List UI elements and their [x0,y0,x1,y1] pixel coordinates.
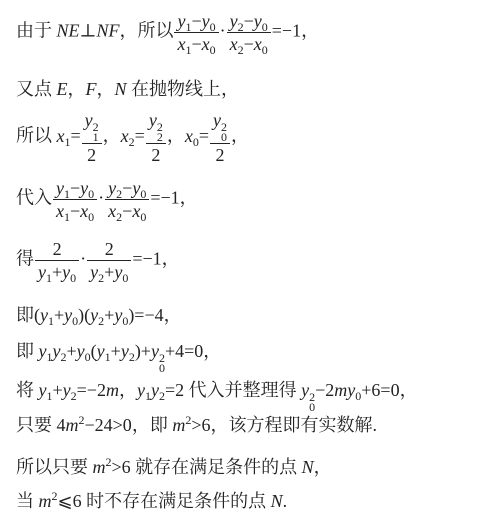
variable-base: x [80,201,88,221]
math-roman: 2 [53,239,62,259]
math-variable: m2 [93,457,112,477]
math-variable: y2 [230,11,244,31]
numerator: 2 [35,239,79,261]
fraction: y2−y0x2−x0 [105,178,149,221]
math-variable: x1 [56,201,70,221]
subscript: 0 [88,210,94,224]
variable-base: x [121,126,129,146]
cjk-text: ， [203,341,221,361]
math-roman: −24>0 [85,415,132,435]
math-roman: − [244,11,254,31]
cjk-text: ， [68,79,86,99]
math-variable: y0 [77,341,91,361]
math-variable: x2 [121,126,135,146]
cjk-text: ， [400,380,418,400]
math-roman: =−2 [77,380,106,400]
math-line-10: 所以只要 m2>6 就存在满足条件的点 N， [16,455,332,479]
numerator: y1−y0 [174,11,218,33]
cjk-text: ， [119,21,137,41]
math-line-3: 所以 x1=y212，x2=y222，x0=y202， [16,110,249,165]
cjk-text: 只要 [16,415,57,435]
math-variable: x2 [230,34,244,54]
cjk-text: 时不存在满足条件的点 [82,491,271,511]
math-roman: + [53,380,63,400]
cjk-text: ， [132,415,150,435]
variable-base: y [63,380,71,400]
variable-base: x [254,34,262,54]
math-roman: · [220,21,226,41]
math-variable: x1 [57,126,71,146]
math-variable: y1 [39,380,53,400]
variable-base: m [93,457,106,477]
math-roman: >6 [112,457,131,477]
math-variable: x2 [108,201,122,221]
fraction: y2−y0x2−x0 [227,11,271,54]
subscript: 0 [140,210,146,224]
cjk-text: 代入 [16,188,52,208]
math-italic: NE [57,21,80,41]
math-roman: 2 [215,145,224,165]
math-variable: y2 [90,262,104,282]
math-italic: N [271,491,283,511]
math-roman: + [67,341,77,361]
math-roman: =2 [165,380,184,400]
math-roman: +4=0 [165,341,203,361]
math-italic: E [57,79,68,99]
cjk-text: 得 [16,249,34,269]
math-variable: y0 [132,178,146,198]
math-variable: y20 [213,110,227,130]
variable-base: x [230,34,238,54]
subsup-stack: 20 [221,122,227,142]
variable-base: y [77,341,85,361]
math-roman: )+ [135,341,151,361]
math-line-9: 只要 4m2−24>0，即 m2>6，该方程即有实数解. [16,413,377,437]
math-variable: y20 [151,341,165,361]
math-roman: 2 [87,145,96,165]
math-italic: F [86,79,97,99]
numerator: y1−y0 [53,178,97,200]
math-roman: )=−4 [128,305,163,325]
cjk-text: ， [231,126,249,146]
math-roman: · [80,249,86,269]
math-roman: = [135,126,145,146]
math-roman: · [98,188,104,208]
cjk-text: 在抛物线上， [127,79,240,99]
variable-base: y [213,110,221,130]
math-italic: m [334,380,347,400]
math-variable: y2 [151,380,165,400]
math-roman: + [54,305,64,325]
subscript: 0 [262,43,268,57]
math-roman: − [191,34,201,54]
cjk-text: ， [103,126,121,146]
math-variable: x0 [185,126,199,146]
math-roman: 4 [57,415,66,435]
math-line-2: 又点 E，F，N 在抛物线上， [16,77,239,101]
variable-base: y [39,341,47,361]
math-variable: y1 [40,305,54,325]
math-variable: x0 [132,201,146,221]
variable-base: x [108,201,116,221]
math-variable: y0 [254,11,268,31]
math-variable: y2 [121,341,135,361]
math-variable: y0 [114,262,128,282]
numerator: y21 [82,110,102,144]
variable-base: y [151,380,159,400]
variable-base: x [57,126,65,146]
variable-base: y [230,11,238,31]
math-roman: . [372,415,377,435]
math-roman: =−1 [132,249,161,269]
fraction: y1−y0x1−x0 [53,178,97,221]
cjk-text: 所以 [137,21,173,41]
variable-base: m [172,415,185,435]
math-roman: + [52,262,62,282]
subscript: 0 [309,402,315,412]
variable-base: x [56,201,64,221]
math-roman: − [244,34,254,54]
cjk-text: 代入并整理得 [184,380,301,400]
subscript: 1 [93,132,99,142]
denominator: 2 [146,144,166,165]
math-variable: y1 [38,262,52,282]
math-variable: m2 [39,491,58,511]
variable-base: y [137,380,145,400]
variable-base: x [202,34,210,54]
cjk-text: 由于 [16,21,57,41]
math-line-7: 即 y1y2+y0(y1+y2)+y20+4=0， [16,339,221,373]
math-variable: m2 [172,415,191,435]
variable-base: y [40,305,48,325]
math-roman: )( [78,305,90,325]
subscript: 0 [262,20,268,34]
cjk-text: 就存在满足条件的点 [131,457,302,477]
variable-base: y [254,11,262,31]
subscript: 0 [88,187,94,201]
variable-base: y [38,262,46,282]
cjk-text: 又点 [16,79,57,99]
math-line-11: 当 m2⩽6 时不存在满足条件的点 N. [16,489,287,513]
cjk-text: ， [97,79,115,99]
cjk-text: 所以 [16,126,57,146]
math-roman: 2 [151,145,160,165]
cjk-text: ， [210,415,228,435]
variable-base: y [62,262,70,282]
cjk-text: 即 [16,341,39,361]
subscript: 2 [157,132,163,142]
math-variable: y2 [90,305,104,325]
math-line-4: 代入y1−y0x1−x0·y2−y0x2−x0=−1， [16,178,198,221]
variable-base: y [56,178,64,198]
cjk-text: 即 [150,415,173,435]
subscript: 0 [70,271,76,285]
subscript: 0 [210,43,216,57]
math-roman: = [199,126,209,146]
fraction: 2y1+y0 [35,239,79,282]
variable-base: y [90,262,98,282]
math-line-5: 得2y1+y0·2y2+y0=−1， [16,239,180,282]
denominator: y2+y0 [87,261,131,282]
subsup-stack: 22 [157,122,163,142]
math-roman: ⩽6 [58,491,82,511]
variable-base: y [39,380,47,400]
math-variable: x0 [254,34,268,54]
math-variable: y1 [137,380,151,400]
math-variable: y0 [114,305,128,325]
numerator: y20 [210,110,230,144]
math-variable: x0 [202,34,216,54]
subscript: 0 [210,20,216,34]
variable-base: y [53,341,61,361]
cjk-text: 当 [16,491,39,511]
math-line-1: 由于 NE⊥NF，所以y1−y0x1−x0·y2−y0x2−x0=−1， [16,11,319,54]
math-roman: − [70,201,80,221]
math-variable: y0 [202,11,216,31]
math-variable: y21 [85,110,99,130]
variable-base: y [149,110,157,130]
math-roman: −2 [315,380,334,400]
subscript: 0 [221,132,227,142]
variable-base: y [151,341,159,361]
denominator: x2−x0 [227,33,271,54]
math-roman: − [122,201,132,221]
variable-base: y [90,305,98,325]
math-roman: − [122,178,132,198]
cjk-text: 该方程即有实数解 [228,415,372,435]
math-variable: y1 [97,341,111,361]
math-roman: =−1 [150,188,179,208]
variable-base: y [202,11,210,31]
math-variable: y0 [347,380,361,400]
variable-base: m [39,491,52,511]
math-variable: y1 [56,178,70,198]
math-roman: 2 [105,239,114,259]
variable-base: y [85,110,93,130]
cjk-text: ， [314,457,332,477]
math-roman: − [70,178,80,198]
math-roman: =−1 [272,21,301,41]
subscript: 0 [140,187,146,201]
math-roman: + [104,262,114,282]
math-variable: y2 [63,380,77,400]
math-line-8: 将 y1+y2=−2m，y1y2=2 代入并整理得 y20−2my0+6=0， [16,378,418,412]
numerator: y2−y0 [227,11,271,33]
denominator: x1−x0 [53,200,97,221]
cjk-text: ， [180,188,198,208]
math-variable: y1 [39,341,53,361]
math-roman: + [104,305,114,325]
math-roman: ⊥ [80,21,97,41]
numerator: 2 [87,239,131,261]
math-variable: y0 [80,178,94,198]
variable-base: y [64,305,72,325]
math-italic: NF [96,21,119,41]
math-roman: + [111,341,121,361]
cjk-text: 所以只要 [16,457,93,477]
variable-base: y [97,341,105,361]
math-line-6: 即(y1+y0)(y2+y0)=−4， [16,303,182,327]
math-variable: y0 [64,305,78,325]
fraction: y202 [210,110,230,165]
math-variable: y22 [149,110,163,130]
cjk-text: ， [164,305,182,325]
math-italic: N [302,457,314,477]
math-roman: . [283,491,288,511]
math-solution-page: 由于 NE⊥NF，所以y1−y0x1−x0·y2−y0x2−x0=−1， 又点 … [0,0,500,527]
math-variable: x1 [177,34,191,54]
cjk-text: 即 [16,305,34,325]
math-roman: +6=0 [361,380,399,400]
variable-base: m [66,415,79,435]
math-variable: y20 [301,380,315,400]
math-variable: m2 [66,415,85,435]
fraction: y1−y0x1−x0 [174,11,218,54]
cjk-text: ， [167,126,185,146]
variable-base: y [80,178,88,198]
fraction: 2y2+y0 [87,239,131,282]
denominator: 2 [82,144,102,165]
math-roman: >6 [191,415,210,435]
denominator: x1−x0 [174,33,218,54]
math-italic: N [115,79,127,99]
fraction: y222 [146,110,166,165]
math-variable: y1 [177,11,191,31]
denominator: 2 [210,144,230,165]
cjk-text: ， [119,380,137,400]
cjk-text: ， [162,249,180,269]
math-variable: x0 [80,201,94,221]
math-variable: y2 [108,178,122,198]
math-roman: = [71,126,81,146]
math-roman: − [191,11,201,31]
math-variable: y2 [53,341,67,361]
numerator: y22 [146,110,166,144]
numerator: y2−y0 [105,178,149,200]
variable-base: x [185,126,193,146]
subsup-stack: 21 [93,122,99,142]
variable-base: y [108,178,116,198]
subscript: 0 [159,363,165,373]
denominator: y1+y0 [35,261,79,282]
variable-base: y [301,380,309,400]
math-variable: y0 [62,262,76,282]
fraction: y212 [82,110,102,165]
cjk-text: 将 [16,380,39,400]
math-italic: m [106,380,119,400]
variable-base: y [121,341,129,361]
subscript: 0 [122,271,128,285]
cjk-text: ， [301,21,319,41]
denominator: x2−x0 [105,200,149,221]
